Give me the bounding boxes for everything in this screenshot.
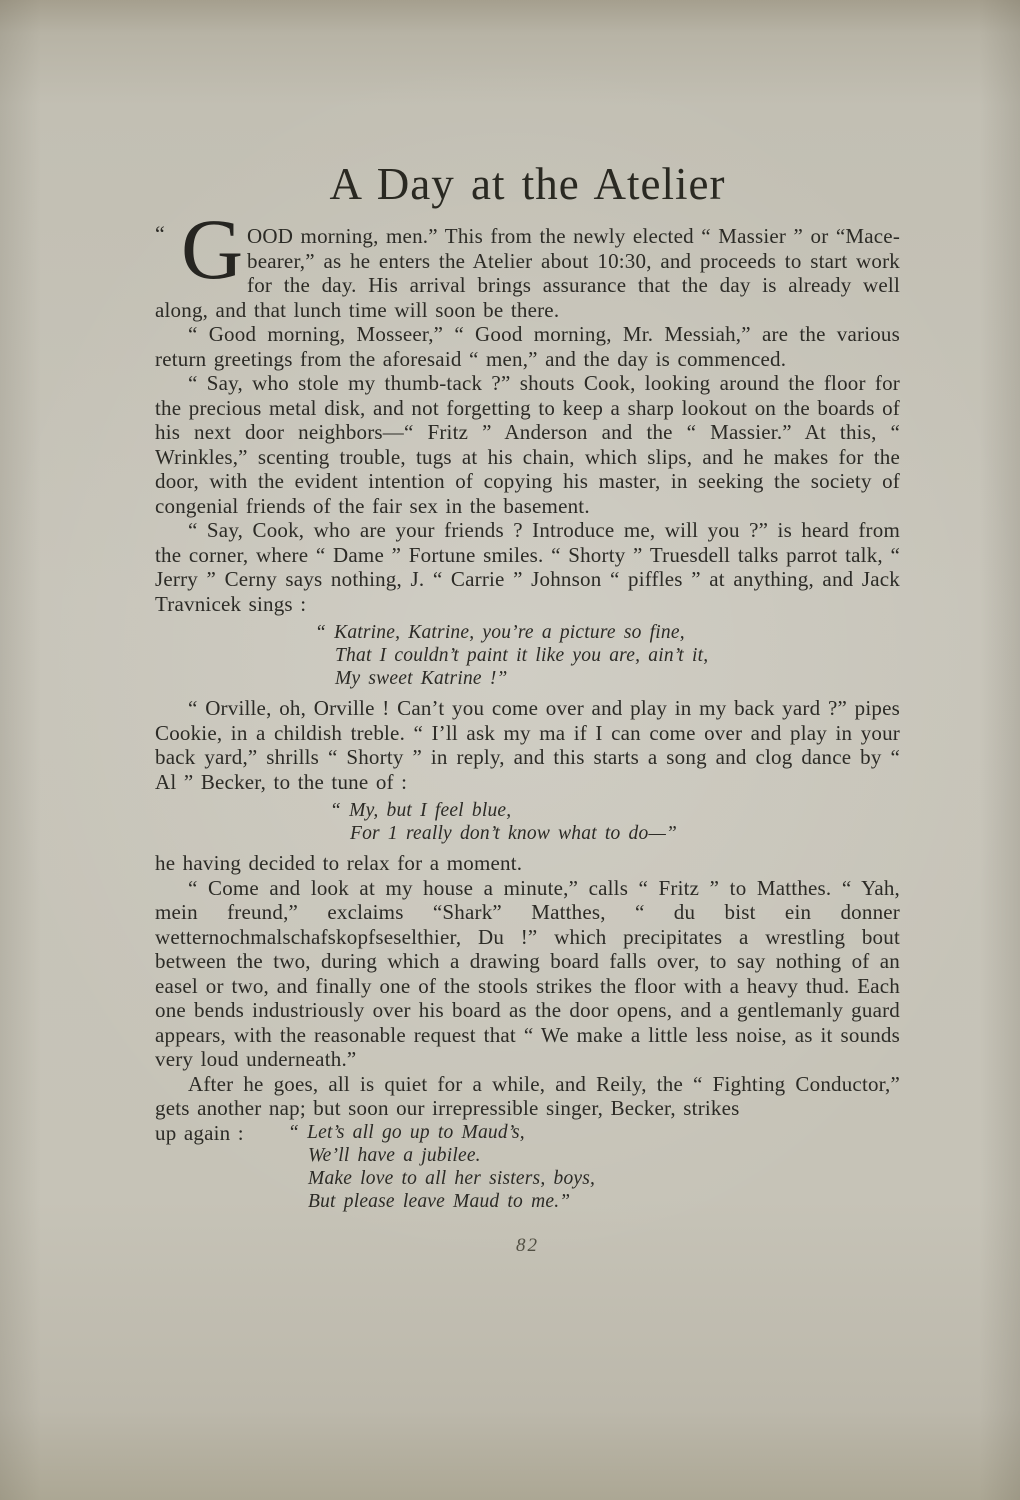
drop-cap-letter: G	[181, 206, 243, 292]
verse-line: But please leave Maud to me.”	[308, 1190, 595, 1213]
verse-line: That I couldn’t paint it like you are, a…	[335, 644, 900, 667]
text-block: A Day at the Atelier “GOOD morning, men.…	[155, 158, 900, 1258]
paragraph-return-greetings: “ Good morning, Mosseer,” “ Good morning…	[155, 322, 900, 371]
song-verse-feel-blue: “ My, but I feel blue, For 1 really don’…	[350, 799, 900, 845]
line-relax: he having decided to relax for a moment.	[155, 851, 900, 876]
verse-line: Make love to all her sisters, boys,	[308, 1167, 595, 1190]
verse-line: “ Katrine, Katrine, you’re a picture so …	[335, 621, 900, 644]
hanging-open-quote: “	[155, 222, 165, 247]
paragraph-wrestling-bout: “ Come and look at my house a minute,” c…	[155, 876, 900, 1072]
up-again-row: up again : “ Let’s all go up to Maud’s, …	[155, 1121, 900, 1219]
paragraph-good-morning: “GOOD morning, men.” This from the newly…	[155, 224, 900, 322]
song-verse-katrine: “ Katrine, Katrine, you’re a picture so …	[335, 621, 900, 690]
line-up-again: up again :	[155, 1121, 308, 1146]
scanned-book-page: A Day at the Atelier “GOOD morning, men.…	[0, 0, 1020, 1500]
paragraph-after-he-goes: After he goes, all is quiet for a while,…	[155, 1072, 900, 1121]
paragraph-introduce-me: “ Say, Cook, who are your friends ? Intr…	[155, 518, 900, 616]
verse-line: We’ll have a jubilee.	[308, 1144, 595, 1167]
page-title: A Day at the Atelier	[155, 158, 900, 210]
paragraph-orville: “ Orville, oh, Orville ! Can’t you come …	[155, 696, 900, 794]
paragraph-good-morning-text: OOD morning, men.” This from the newly e…	[155, 224, 900, 322]
verse-line: My sweet Katrine !”	[335, 667, 900, 690]
verse-line: “ Let’s all go up to Maud’s,	[308, 1121, 595, 1144]
drop-cap: “G	[155, 224, 247, 295]
song-verse-maud: “ Let’s all go up to Maud’s, We’ll have …	[308, 1121, 595, 1213]
page-number: 82	[155, 1234, 900, 1259]
verse-line: “ My, but I feel blue,	[350, 799, 900, 822]
paragraph-thumb-tack: “ Say, who stole my thumb-tack ?” shouts…	[155, 371, 900, 518]
verse-line: For 1 really don’t know what to do—”	[350, 822, 900, 845]
